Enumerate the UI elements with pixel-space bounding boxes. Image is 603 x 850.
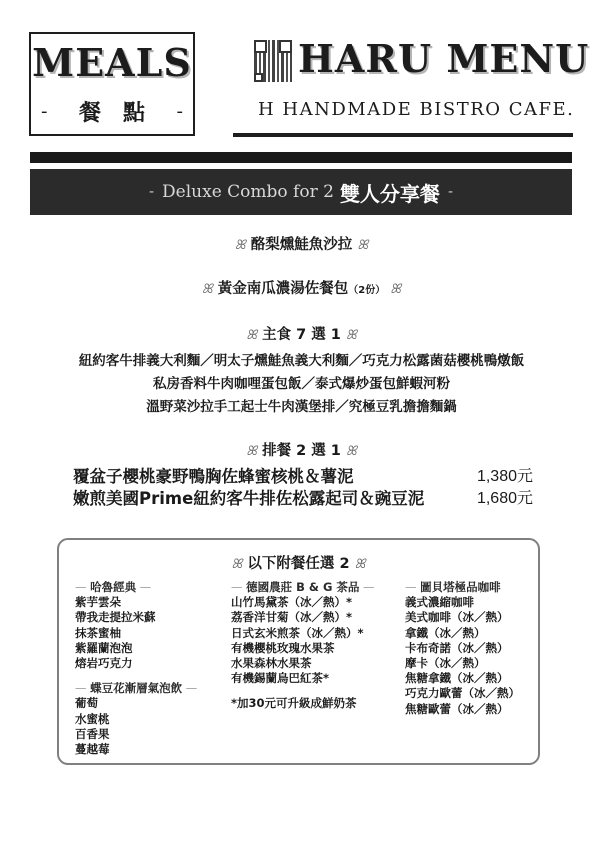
list-item: 焦糖歐蕾（冰／熱）	[405, 702, 520, 717]
soup-label: 黃金南瓜濃湯佐餐包	[218, 281, 349, 297]
group-title: — 蝶豆花漸層氣泡飲 —	[75, 681, 197, 696]
salad-label: 酪梨燻鮭魚沙拉	[251, 237, 353, 253]
ornament-right-icon: ꕤ	[357, 238, 368, 253]
group-title: — 哈魯經典 —	[75, 580, 197, 595]
ornament-left-icon: ꕤ	[246, 328, 257, 343]
steak-item-name: 覆盆子櫻桃豪野鴨胸佐蜂蜜核桃＆薯泥	[73, 463, 354, 487]
ornament-left-icon: ꕤ	[246, 444, 257, 459]
sides-column-2: — 德國農莊 B & G 茶品 — 山竹馬黛茶（冰／熱）* 荔香洋甘菊（冰／熱）…	[231, 580, 375, 712]
steak-heading-label: 排餐 2 選 1	[262, 443, 341, 459]
upgrade-note: *加30元可升級成鮮奶茶	[231, 696, 375, 711]
brand-title: HARU MENU	[298, 36, 589, 81]
brand-subtitle: H HANDMADE BISTRO CAFE.	[258, 99, 574, 120]
banner-english: Deluxe Combo for 2	[162, 182, 334, 202]
list-item: 美式咖啡（冰／熱）	[405, 610, 520, 625]
meals-subtitle: 餐點	[79, 96, 167, 127]
sides-heading-label: 以下附餐任選 2	[247, 556, 349, 572]
group-title: — 德國農莊 B & G 茶品 —	[231, 580, 375, 595]
list-item: 抹茶蜜柚	[75, 626, 197, 641]
list-item: 葡萄	[75, 696, 197, 711]
list-item: 巧克力歐蕾（冰／熱）	[405, 686, 520, 701]
course-salad: ꕤ 酪梨燻鮭魚沙拉 ꕤ	[0, 233, 603, 254]
list-item: 日式玄米煎茶（冰／熱）*	[231, 626, 375, 641]
ornament-left-icon: ꕤ	[202, 282, 213, 297]
sides-heading: ꕤ 以下附餐任選 2 ꕤ	[59, 552, 538, 573]
divider-thick	[30, 152, 572, 163]
steak-heading: ꕤ 排餐 2 選 1 ꕤ	[0, 439, 603, 460]
list-item: 帶我走提拉米蘇	[75, 610, 197, 625]
mains-line-1: 紐約客牛排義大利麵／明太子燻鮭魚義大利麵／巧克力松露菌菇櫻桃鴨燉飯	[0, 349, 603, 369]
sides-box: ꕤ 以下附餐任選 2 ꕤ — 哈魯經典 — 紫芋雲朵 帶我走提拉米蘇 抹茶蜜柚 …	[57, 538, 540, 765]
list-item: 熔岩巧克力	[75, 656, 197, 671]
banner-dash-left: -	[149, 184, 154, 200]
group-title: — 圖貝塔極品咖啡	[405, 580, 520, 595]
sides-column-3: — 圖貝塔極品咖啡 義式濃縮咖啡 美式咖啡（冰／熱） 拿鐵（冰／熱） 卡布奇諾（…	[405, 580, 520, 717]
soup-note: （2份）	[348, 285, 385, 296]
course-soup: ꕤ 黃金南瓜濃湯佐餐包（2份） ꕤ	[0, 277, 603, 298]
meals-title: MEALS	[31, 40, 193, 85]
list-item: 卡布奇諾（冰／熱）	[405, 641, 520, 656]
ornament-right-icon: ꕤ	[390, 282, 401, 297]
steak-item-name: 嫩煎美國Prime紐約客牛排佐松露起司＆豌豆泥	[73, 485, 424, 509]
list-item: 蔓越莓	[75, 742, 197, 757]
list-item: 義式濃縮咖啡	[405, 595, 520, 610]
banner-chinese: 雙人分享餐	[340, 178, 440, 207]
steak-item-1: 覆盆子櫻桃豪野鴨胸佐蜂蜜核桃＆薯泥 1,380元	[73, 463, 533, 487]
divider-thin	[233, 133, 573, 137]
dash-right: -	[176, 101, 183, 122]
list-item: 荔香洋甘菊（冰／熱）*	[231, 610, 375, 625]
dash-left: -	[41, 101, 48, 122]
list-item: 水果森林水果茶	[231, 656, 375, 671]
list-item: 焦糖拿鐵（冰／熱）	[405, 671, 520, 686]
combo-banner: - Deluxe Combo for 2 雙人分享餐 -	[30, 169, 572, 215]
list-item: 紫芋雲朵	[75, 595, 197, 610]
mains-line-3: 溫野菜沙拉手工起士牛肉漢堡排／究極豆乳擔擔麵鍋	[0, 395, 603, 415]
mains-line-2: 私房香料牛肉咖哩蛋包飯／泰式爆炒蛋包鮮蝦河粉	[0, 372, 603, 392]
steak-item-price: 1,380元	[477, 463, 533, 487]
ornament-right-icon: ꕤ	[346, 328, 357, 343]
meals-subtitle-row: - 餐點 -	[31, 96, 193, 126]
steak-item-price: 1,680元	[477, 485, 533, 509]
list-item: 有機櫻桃玫瑰水果茶	[231, 641, 375, 656]
mains-heading: ꕤ 主食 7 選 1 ꕤ	[0, 323, 603, 344]
mains-heading-label: 主食 7 選 1	[262, 327, 341, 343]
steak-item-2: 嫩煎美國Prime紐約客牛排佐松露起司＆豌豆泥 1,680元	[73, 485, 533, 509]
list-item: 紫羅蘭泡泡	[75, 641, 197, 656]
meals-header-box: MEALS - 餐點 -	[29, 32, 195, 136]
ornament-right-icon: ꕤ	[346, 444, 357, 459]
banner-dash-right: -	[448, 184, 453, 200]
list-item: 水蜜桃	[75, 712, 197, 727]
ornament-left-icon: ꕤ	[235, 238, 246, 253]
list-item: 百香果	[75, 727, 197, 742]
list-item: 摩卡（冰／熱）	[405, 656, 520, 671]
list-item: 拿鐵（冰／熱）	[405, 626, 520, 641]
list-item: 山竹馬黛茶（冰／熱）*	[231, 595, 375, 610]
list-item: 有機錫蘭烏巴紅茶*	[231, 671, 375, 686]
ornament-right-icon: ꕤ	[355, 557, 366, 572]
sides-column-1: — 哈魯經典 — 紫芋雲朵 帶我走提拉米蘇 抹茶蜜柚 紫羅蘭泡泡 熔岩巧克力 —…	[75, 580, 197, 757]
ornament-left-icon: ꕤ	[232, 557, 243, 572]
qr-code-icon[interactable]	[254, 40, 292, 82]
